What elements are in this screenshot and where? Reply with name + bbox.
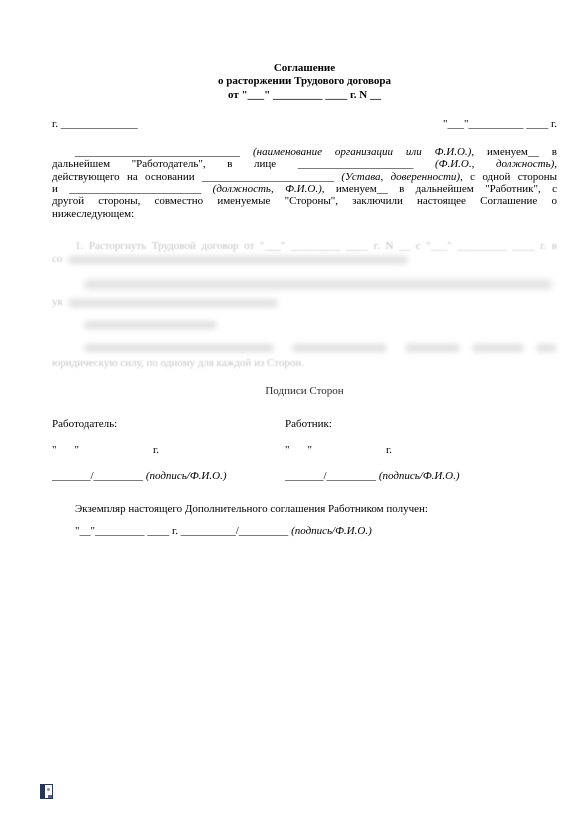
receipt-signature-hint: (подпись/Ф.И.О.): [291, 525, 372, 537]
intro-italic-hint: (Устава, доверенности): [341, 171, 460, 183]
intro-line: действующего на основании ______________…: [52, 171, 557, 183]
signatures-heading: Подписи Сторон: [52, 385, 557, 398]
employer-signature-hint: (подпись/Ф.И.О.): [146, 470, 227, 482]
employee-label: Работник:: [285, 418, 517, 431]
receipt-block: Экземпляр настоящего Дополнительного сог…: [75, 503, 428, 538]
employer-signature-column: Работодатель: ""г. _______/_________ (по…: [52, 418, 284, 483]
employer-date-year-suffix: г.: [153, 444, 159, 456]
employee-date-year-suffix: г.: [386, 444, 392, 456]
employee-signature-column: Работник: ""г. _______/_________ (подпис…: [285, 418, 517, 483]
title-line-1: Соглашение: [52, 62, 557, 75]
document-title: Соглашение о расторжении Трудового догов…: [52, 62, 557, 102]
employer-label: Работодатель:: [52, 418, 284, 431]
broken-image-icon-corner: [48, 795, 52, 798]
city-blank-line: г. ______________: [52, 118, 138, 131]
broken-image-icon: [40, 784, 53, 799]
intro-text-segment: , именуем__ в: [471, 146, 557, 158]
employee-date-quote-open: ": [285, 444, 290, 456]
intro-italic-hint: (должность, Ф.И.О.): [213, 183, 322, 195]
receipt-signature-line: "__"_________ ____ г. __________/_______…: [75, 525, 428, 538]
intro-text-segment: ________________________: [69, 183, 212, 195]
document-page: Соглашение о расторжении Трудового догов…: [0, 0, 580, 822]
employee-date-line: ""г.: [285, 444, 517, 457]
blur-bar: [292, 344, 387, 352]
intro-line: дальнейшем "Работодатель", в лице ______…: [52, 158, 557, 170]
blur-bar: [68, 256, 408, 264]
employee-signature-hint: (подпись/Ф.И.О.): [379, 470, 460, 482]
intro-line: нижеследующем:: [52, 208, 557, 220]
employee-date-quote-close: ": [308, 444, 313, 456]
intro-italic-hint: (наименование организации или Ф.И.О.): [253, 146, 471, 158]
employer-date-quote-close: ": [75, 444, 80, 456]
blur-bar: [84, 321, 217, 329]
employer-date-quote-open: ": [52, 444, 57, 456]
blurred-closing-line: юридическую силу, по одному для каждой и…: [52, 357, 304, 369]
receipt-signature-blank: "__"_________ ____ г. __________/_______…: [75, 525, 291, 537]
broken-image-icon-bar: [41, 785, 45, 798]
receipt-text: Экземпляр настоящего Дополнительного сог…: [75, 503, 428, 516]
employee-signature-line: _______/_________ (подпись/Ф.И.О.): [285, 470, 517, 483]
intro-text-segment: _____________________: [298, 158, 435, 170]
intro-text-segment: , с одной стороны: [460, 171, 557, 183]
employee-signature-blank: _______/_________: [285, 470, 379, 482]
intro-italic-hint: (Ф.И.О., должность): [435, 158, 554, 170]
intro-line: ______________________________ (наименов…: [52, 146, 557, 158]
intro-text-segment: ,: [554, 158, 557, 170]
intro-text-segment: нижеследующем:: [52, 208, 134, 220]
blur-bar: [536, 344, 557, 352]
intro-text-segment: другой стороны, совместно именуемые "Сто…: [52, 195, 557, 207]
employer-date-line: ""г.: [52, 444, 284, 457]
intro-text-segment: действующего на основании: [52, 171, 202, 183]
intro-text-segment: , именуем__ в дальнейшем "Работник", с: [322, 183, 557, 195]
intro-text-segment: ________________________: [202, 171, 341, 183]
title-line-3: от "___" _________ ____ г. N __: [52, 89, 557, 102]
blur-bar: [472, 344, 524, 352]
blur-bar: [84, 344, 274, 352]
intro-text-segment: ______________________________: [75, 146, 253, 158]
broken-image-icon-dot: [47, 788, 50, 791]
blurred-clause-1: 1. Расторгнуть Трудовой договор от "___"…: [52, 240, 557, 252]
employer-signature-line: _______/_________ (подпись/Ф.И.О.): [52, 470, 284, 483]
title-line-2: о расторжении Трудового договора: [52, 75, 557, 88]
blur-bar: [68, 299, 278, 307]
intro-line: и ________________________ (должность, Ф…: [52, 183, 557, 195]
blur-bar: [405, 344, 460, 352]
intro-line: другой стороны, совместно именуемые "Сто…: [52, 195, 557, 207]
intro-text-segment: и: [52, 183, 69, 195]
employer-signature-blank: _______/_________: [52, 470, 146, 482]
blurred-fragment-uk: ук: [52, 296, 63, 308]
date-blank-line: "___"__________ ____ г.: [443, 118, 557, 131]
blur-bar: [84, 280, 552, 289]
blurred-fragment-so: со: [52, 253, 62, 265]
city-date-row: г. ______________ "___"__________ ____ г…: [52, 118, 557, 131]
intro-paragraph: ______________________________ (наименов…: [52, 146, 557, 220]
intro-text-segment: дальнейшем "Работодатель", в лице: [52, 158, 298, 170]
